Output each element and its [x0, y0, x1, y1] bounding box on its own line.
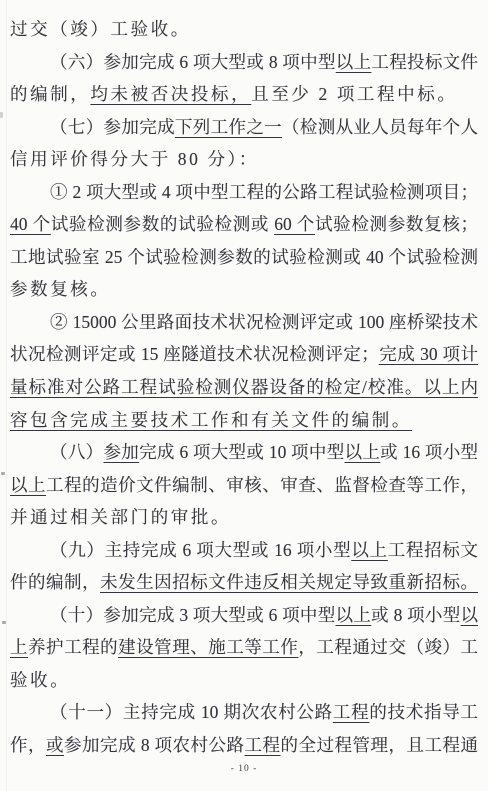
- text-segment: 养护工程的: [28, 637, 118, 657]
- underlined-text-segment: 容包含完成主要技术工作和有关文件的编制。: [10, 410, 412, 430]
- text-line: 并通过相关部门的审批。: [10, 501, 478, 534]
- text-line: 量标准对公路工程试验检测仪器设备的检定/校准。以上内: [10, 371, 478, 404]
- text-segment: 信用评价得分大于 80 分）：: [10, 149, 259, 169]
- text-line: 过交（竣）工验收。: [10, 13, 478, 46]
- text-line: 状况检测评定或 15 座隧道技术状况检测评定；完成 30 项计: [10, 338, 478, 371]
- text-line: 信用评价得分大于 80 分）：: [10, 143, 478, 176]
- text-segment: 试验检测参数复核；: [315, 214, 478, 234]
- text-segment: （八）: [50, 442, 103, 462]
- text-line: ① 2 项大型或 4 项中型工程的公路工程试验检测项目；: [10, 176, 478, 209]
- text-segment: 完成 6 项大型或 10 项中型: [139, 442, 344, 462]
- text-line: （十一）主持完成 10 期次农村公路工程的技术指导工: [10, 696, 478, 729]
- text-segment: 参数复核。: [10, 279, 111, 299]
- scan-edge-line: [6, 0, 7, 791]
- text-line: 的编制，均未被否决投标，且至少 2 项工程中标。: [10, 78, 478, 111]
- text-segment: 验收。: [10, 670, 70, 690]
- text-line: 参数复核。: [10, 273, 478, 306]
- text-segment: ② 15000 公里路面技术状况检测评定或 100 座桥梁技术: [50, 312, 478, 332]
- text-segment: 过交（竣）工验收。: [10, 19, 191, 39]
- underlined-text-segment: 工程: [245, 735, 281, 755]
- text-line: 上养护工程的建设管理、施工等工作，工程通过交（竣）工: [10, 631, 478, 664]
- underlined-text-segment: 未发生因招标文件违反相关规定导致重新招标。: [100, 572, 478, 592]
- text-segment: ① 2 项大型或 4 项中型工程的公路工程试验检测项目；: [50, 182, 478, 202]
- scan-artifact: [1, 472, 5, 475]
- scan-artifact: [2, 621, 6, 624]
- text-segment: （十一）主持完成 10 期次农村公路: [50, 702, 333, 722]
- underlined-text-segment: 60 个: [274, 214, 315, 234]
- underlined-text-segment: 建设管理、施工等工作: [118, 637, 298, 657]
- underlined-text-segment: 以上: [10, 475, 46, 495]
- text-segment: 并通过相关部门的审批。: [10, 507, 231, 527]
- text-segment: 工程投标文件: [371, 52, 478, 72]
- text-line: （九）主持完成 6 项大型或 16 项小型以上工程招标文: [10, 534, 478, 567]
- text-segment: （九）主持完成 6 项大型或 16 项小型: [50, 540, 351, 560]
- underlined-text-segment: 以上: [351, 540, 387, 560]
- text-segment: 的技术指导工: [369, 702, 478, 722]
- text-segment: 的编制，: [10, 84, 90, 104]
- text-segment: 件的编制，: [10, 572, 100, 592]
- text-line: 工地试验室 25 个试验检测参数的试验检测或 40 个试验检测: [10, 241, 478, 274]
- scanned-document-page: 过交（竣）工验收。（六）参加完成 6 项大型或 8 项中型以上工程投标文件的编制…: [0, 0, 488, 791]
- text-segment: 工程的造价文件编制、审核、审查、监督检查等工作，: [46, 475, 478, 495]
- text-line: 件的编制，未发生因招标文件违反相关规定导致重新招标。: [10, 566, 478, 599]
- scan-artifact: [0, 112, 3, 118]
- underlined-text-segment: 上: [10, 637, 28, 657]
- page-number: - 10 -: [0, 764, 488, 774]
- text-segment: 工程招标文: [388, 540, 478, 560]
- text-segment: （检测从业人员每年个人: [282, 117, 478, 137]
- text-line: 作，或参加完成 8 项农村公路工程的全过程管理，且工程通: [10, 729, 478, 762]
- text-segment: 或 16 项小型: [380, 442, 478, 462]
- text-line: ② 15000 公里路面技术状况检测评定或 100 座桥梁技术: [10, 306, 478, 339]
- underlined-text-segment: 以上: [336, 605, 372, 625]
- text-line: 验收。: [10, 664, 478, 697]
- underlined-text-segment: 均未被否决投标，: [90, 84, 251, 104]
- underlined-text-segment: 以: [461, 605, 479, 625]
- underlined-text-segment: 完成 30 项计: [379, 344, 478, 364]
- text-segment: 作，: [10, 735, 46, 755]
- text-segment: 状况检测评定或 15 座隧道技术状况检测评定；: [10, 344, 379, 364]
- text-line: （八）参加完成 6 项大型或 10 项中型以上或 16 项小型: [10, 436, 478, 469]
- text-line: 容包含完成主要技术工作和有关文件的编制。: [10, 404, 478, 437]
- underlined-text-segment: 或: [46, 735, 64, 755]
- text-segment: 参加完成 8 项农村公路: [64, 735, 245, 755]
- underlined-text-segment: 参加: [103, 442, 139, 462]
- text-segment: （七）参加完成: [50, 117, 175, 137]
- text-line: （六）参加完成 6 项大型或 8 项中型以上工程投标文件: [10, 46, 478, 79]
- underlined-text-segment: 下列工作之一: [175, 117, 282, 137]
- text-segment: ，工程通过交（竣）工: [298, 637, 478, 657]
- document-text-block: 过交（竣）工验收。（六）参加完成 6 项大型或 8 项中型以上工程投标文件的编制…: [10, 13, 478, 762]
- text-segment: 工地试验室 25 个试验检测参数的试验检测或 40 个试验检测: [10, 247, 478, 267]
- underlined-text-segment: 量标准对公路工程试验检测仪器设备的检定/校准。以上内: [10, 377, 478, 397]
- text-line: 40 个试验检测参数的试验检测或 60 个试验检测参数复核；: [10, 208, 478, 241]
- text-segment: 的全过程管理，且工程通: [281, 735, 479, 755]
- text-line: （七）参加完成下列工作之一（检测从业人员每年个人: [10, 111, 478, 144]
- text-line: （十）参加完成 3 项大型或 6 项中型以上或 8 项小型以: [10, 599, 478, 632]
- text-segment: 试验检测参数的试验检测或: [51, 214, 274, 234]
- text-segment: （十）参加完成 3 项大型或 6 项中型: [50, 605, 336, 625]
- underlined-text-segment: 以上: [336, 52, 372, 72]
- underlined-text-segment: 工程: [333, 702, 369, 722]
- text-segment: 或 8 项小型: [371, 605, 460, 625]
- text-line: 以上工程的造价文件编制、审核、审查、监督检查等工作，: [10, 469, 478, 502]
- underlined-text-segment: 40 个: [10, 214, 51, 234]
- text-segment: （六）参加完成 6 项大型或 8 项中型: [50, 52, 336, 72]
- underlined-text-segment: 以上: [345, 442, 381, 462]
- text-segment: 且至少 2 项工程中标。: [251, 84, 457, 104]
